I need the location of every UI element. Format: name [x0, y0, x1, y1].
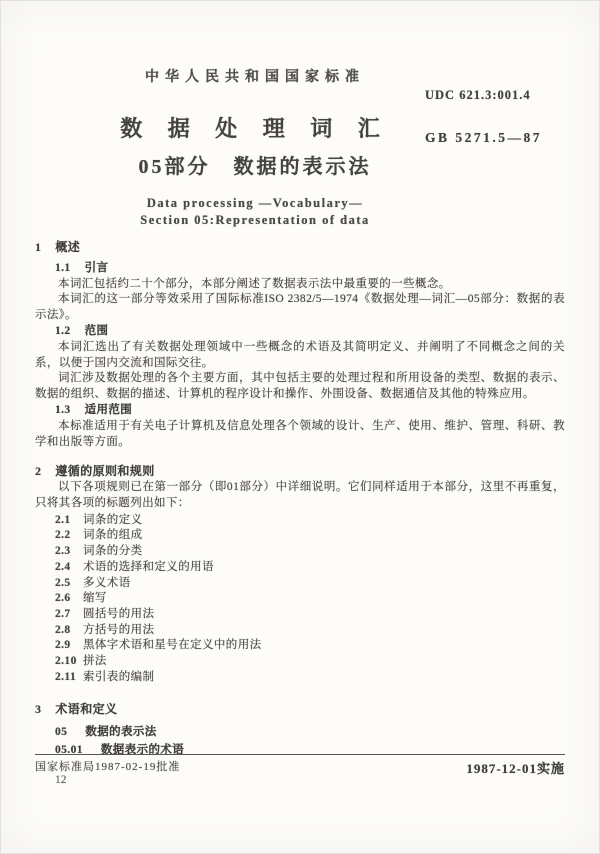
section-1-heading: 1概述 [35, 240, 565, 256]
implementation-text: 1987-12-01实施 [466, 758, 565, 777]
paragraph-scope-2: 词汇涉及数据处理的各个主要方面，其中包括主要的处理过程和所用设备的类型、数据的表… [35, 371, 565, 403]
rule-item: 2.10拼法 [55, 654, 565, 670]
scanned-standard-page: 中华人民共和国国家标准 数 据 处 理 词 汇 05部分 数据的表示法 Data… [0, 0, 600, 854]
title-chinese-line1: 数 据 处 理 词 汇 [35, 112, 475, 143]
title-english-line2: Section 05:Representation of data [35, 212, 475, 229]
header-center-column: 中华人民共和国国家标准 数 据 处 理 词 汇 05部分 数据的表示法 Data… [35, 66, 475, 229]
title-english: Data processing —Vocabulary— Section 05:… [35, 195, 475, 229]
rule-title: 圆括号的用法 [83, 608, 154, 620]
rule-item: 2.8方括号的用法 [55, 623, 565, 639]
document-header: 中华人民共和国国家标准 数 据 处 理 词 汇 05部分 数据的表示法 Data… [0, 0, 600, 229]
rule-item: 2.3词条的分类 [55, 544, 565, 560]
org-title: 中华人民共和国国家标准 [35, 66, 475, 86]
title-english-line1: Data processing —Vocabulary— [35, 195, 475, 212]
rule-number: 2.4 [55, 560, 83, 576]
paragraph-intro-2: 本词汇的这一部分等效采用了国际标准ISO 2382/5—1974《数据处理—词汇… [35, 292, 565, 324]
section-1-3-number: 1.3 [55, 404, 71, 416]
rule-title: 索引表的编制 [83, 671, 154, 683]
rule-title: 黑体字术语和星号在定义中的用法 [83, 639, 262, 651]
term-group-title: 数据的表示法 [85, 726, 156, 738]
rule-number: 2.2 [55, 528, 83, 544]
rule-item: 2.5多义术语 [55, 576, 565, 592]
rule-title: 拼法 [83, 655, 107, 667]
page-number: 12 [55, 774, 67, 786]
rule-number: 2.7 [55, 607, 83, 623]
rule-title: 多义术语 [83, 577, 131, 589]
rule-title: 词条的分类 [83, 545, 143, 557]
approval-text: 国家标准局1987-02-19批准 [35, 758, 180, 774]
document-body: 1概述 1.1引言 本词汇包括约二十个部分，本部分阐述了数据表示法中最重要的一些… [35, 240, 565, 759]
rule-title: 词条的组成 [83, 529, 143, 541]
section-1-number: 1 [35, 240, 41, 254]
paragraph-intro-1: 本词汇包括约二十个部分，本部分阐述了数据表示法中最重要的一些概念。 [35, 277, 565, 293]
section-3-number: 3 [35, 702, 41, 716]
section-3-title: 术语和定义 [55, 702, 117, 716]
rules-list: 2.1词条的定义 2.2词条的组成 2.3词条的分类 2.4术语的选择和定义的用… [55, 513, 565, 686]
section-1-1-title: 引言 [85, 262, 109, 274]
rule-title: 方括号的用法 [83, 624, 154, 636]
term-group-number: 05 [55, 726, 67, 738]
rule-item: 2.9黑体字术语和星号在定义中的用法 [55, 638, 565, 654]
paragraph-scope-1: 本词汇选出了有关数据处理领域中一些概念的术语及其简明定义、并阐明了不同概念之间的… [35, 340, 565, 372]
rule-item: 2.11索引表的编制 [55, 670, 565, 686]
reference-codes: UDC 621.3:001.4 GB 5271.5—87 [425, 88, 585, 146]
rule-title: 词条的定义 [83, 514, 143, 526]
rule-number: 2.6 [55, 591, 83, 607]
term-group-heading: 05数据的表示法 [55, 725, 565, 741]
section-1-2-title: 范围 [85, 325, 109, 337]
rule-item: 2.7圆括号的用法 [55, 607, 565, 623]
section-1-3-heading: 1.3适用范围 [55, 403, 565, 419]
rule-number: 2.1 [55, 513, 83, 529]
section-1-2-heading: 1.2范围 [55, 324, 565, 340]
section-1-2-number: 1.2 [55, 325, 71, 337]
rule-item: 2.2词条的组成 [55, 528, 565, 544]
section-1-1-heading: 1.1引言 [55, 261, 565, 277]
title-chinese-line2: 05部分 数据的表示法 [35, 150, 475, 179]
rule-item: 2.4术语的选择和定义的用语 [55, 560, 565, 576]
footer-rule-row: 国家标准局1987-02-19批准 1987-12-01实施 [35, 754, 565, 777]
section-1-1-number: 1.1 [55, 262, 71, 274]
rule-number: 2.9 [55, 638, 83, 654]
rule-number: 2.5 [55, 576, 83, 592]
section-1-title: 概述 [55, 240, 80, 254]
rule-item: 2.6缩写 [55, 591, 565, 607]
rule-number: 2.10 [55, 654, 83, 670]
section-3-heading: 3术语和定义 [35, 702, 565, 718]
section-2-title: 遵循的原则和规则 [55, 464, 154, 478]
paragraph-apply: 本标准适用于有关电子计算机及信息处理各个领域的设计、生产、使用、维护、管理、科研… [35, 419, 565, 451]
rule-title: 缩写 [83, 592, 107, 604]
rule-number: 2.8 [55, 623, 83, 639]
section-2-number: 2 [35, 464, 41, 478]
rule-title: 术语的选择和定义的用语 [83, 561, 214, 573]
standard-code: GB 5271.5—87 [425, 130, 585, 146]
udc-code: UDC 621.3:001.4 [425, 88, 585, 103]
paragraph-rules-intro: 以下各项规则已在第一部分（即01部分）中详细说明。它们同样适用于本部分，这里不再… [35, 480, 565, 512]
rule-number: 2.11 [55, 670, 83, 686]
section-1-3-title: 适用范围 [85, 404, 133, 416]
section-2-heading: 2遵循的原则和规则 [35, 464, 565, 480]
rule-number: 2.3 [55, 544, 83, 560]
rule-item: 2.1词条的定义 [55, 513, 565, 529]
